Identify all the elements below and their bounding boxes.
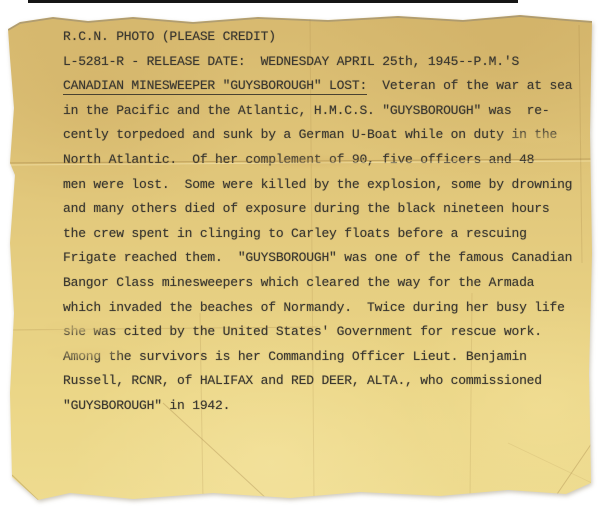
caption-line: Among the survivors is her Commanding Of… [63, 345, 588, 370]
caption-line: which invaded the beaches of Normandy. T… [63, 296, 588, 321]
caption-title-rest: Veteran of the war at sea [367, 78, 572, 93]
credit-line: R.C.N. PHOTO (PLEASE CREDIT) [63, 25, 588, 50]
caption-line: in the Pacific and the Atlantic, H.M.C.S… [63, 99, 588, 124]
caption-line: Bangor Class minesweepers which cleared … [63, 271, 588, 296]
paper-sheet: R.C.N. PHOTO (PLEASE CREDIT) L-5281-R - … [8, 13, 592, 501]
caption-line: men were lost. Some were killed by the e… [63, 173, 588, 198]
caption-text-block: R.C.N. PHOTO (PLEASE CREDIT) L-5281-R - … [63, 25, 588, 419]
caption-line: the crew spent in clinging to Carley flo… [63, 222, 588, 247]
caption-title-underlined: CANADIAN MINESWEEPER "GUYSBOROUGH" LOST: [63, 78, 367, 95]
caption-line: she was cited by the United States' Gove… [63, 320, 588, 345]
caption-line: North Atlantic. Of her complement of 90,… [63, 148, 588, 173]
caption-line: Frigate reached them. "GUYSBOROUGH" was … [63, 246, 588, 271]
release-date-line: L-5281-R - RELEASE DATE: WEDNESDAY APRIL… [63, 50, 588, 75]
paper-wrap: R.C.N. PHOTO (PLEASE CREDIT) L-5281-R - … [8, 13, 592, 501]
caption-title-line: CANADIAN MINESWEEPER "GUYSBOROUGH" LOST:… [63, 74, 588, 99]
caption-line: Russell, RCNR, of HALIFAX and RED DEER, … [63, 369, 588, 394]
caption-line: cently torpedoed and sunk by a German U-… [63, 123, 588, 148]
caption-line: "GUYSBOROUGH" in 1942. [63, 394, 588, 419]
caption-line: and many others died of exposure during … [63, 197, 588, 222]
scan-edge-artifact [28, 0, 518, 3]
scanned-document: R.C.N. PHOTO (PLEASE CREDIT) L-5281-R - … [0, 0, 600, 509]
